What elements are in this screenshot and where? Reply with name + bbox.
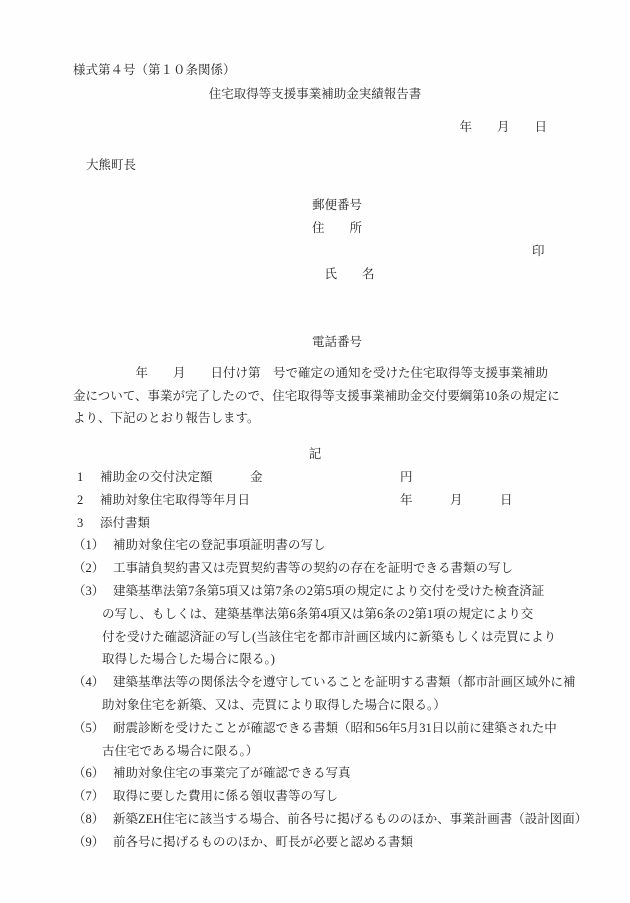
attachment-marker: （9） [73, 831, 104, 854]
attachment-marker: （7） [73, 785, 104, 808]
attachment-item-5: （5） 耐震診断を受けたことが確認できる書類（昭和56年5月31日以前に建築され… [73, 717, 557, 740]
attachment-marker: （1） [73, 534, 104, 557]
item-number: 2 [77, 489, 83, 512]
attachment-marker: （3） [73, 580, 104, 603]
item-text: 添付書類 [100, 516, 150, 530]
attachment-text: 工事請負契約書又は売買契約書等の契約の存在を証明できる書類の写し [113, 561, 513, 575]
phone-label: 電話番号 [73, 331, 557, 354]
attachment-marker: （5） [73, 717, 104, 740]
attachment-text: 建築基準法第7条第5項又は第7条の2第5項の規定により交付を受けた検査済証 [113, 584, 544, 598]
name-row: 氏 名 印 [73, 240, 557, 331]
item-text: 補助金の交付決定額 金 円 [100, 470, 413, 484]
attachment-marker: （8） [73, 808, 104, 831]
name-label: 氏 名 [325, 267, 375, 281]
ki-heading: 記 [73, 443, 557, 466]
postal-label: 郵便番号 [73, 194, 557, 217]
attachment-text: 取得に要した費用に係る領収書等の写し [113, 789, 338, 803]
attachment-text: 建築基準法等の関係法令を遵守していることを証明する書類（都市計画区域外に補 [113, 675, 576, 689]
attachment-text: 耐震診断を受けたことが確認できる書類（昭和56年5月31日以前に建築された中 [113, 721, 557, 735]
numbered-item-2: 2 補助対象住宅取得等年月日 年 月 日 [73, 489, 557, 512]
attachment-line: 付を受けた確認済証の写し(当該住宅を都市計画区域内に新築もしくは売買により [73, 626, 557, 649]
seal-label: 印 [532, 240, 545, 263]
attachment-marker: （4） [73, 671, 104, 694]
body-line: より、下記のとおり報告します。 [73, 407, 557, 430]
attachment-line: の写し、もしくは、建築基準法第6条第4項又は第6条の2第1項の規定により交 [73, 603, 557, 626]
attachment-marker: （2） [73, 557, 104, 580]
item-number: 1 [77, 466, 83, 489]
item-text: 補助対象住宅取得等年月日 年 月 日 [100, 493, 513, 507]
attachment-text: 補助対象住宅の登記事項証明書の写し [113, 538, 326, 552]
attachment-text: 新築ZEH住宅に該当する場合、前各号に掲げるもののほか、事業計画書（設計図面） [113, 812, 587, 826]
attachment-item-7: （7） 取得に要した費用に係る領収書等の写し [73, 785, 557, 808]
attachment-item-6: （6） 補助対象住宅の事業完了が確認できる写真 [73, 762, 557, 785]
attachment-text: 前各号に掲げるもののほか、町長が必要と認める書類 [113, 835, 413, 849]
numbered-item-1: 1 補助金の交付決定額 金 円 [73, 466, 557, 489]
numbered-item-3: 3 添付書類 [73, 512, 557, 535]
body-paragraph: 年 月 日付け第 号で確定の通知を受けた住宅取得等支援事業補助 金について、事業… [73, 362, 557, 430]
body-line: 金について、事業が完了したので、住宅取得等支援事業補助金交付要綱第10条の規定に [73, 385, 557, 408]
attachment-item-8: （8） 新築ZEH住宅に該当する場合、前各号に掲げるもののほか、事業計画書（設計… [73, 808, 557, 831]
attachment-line: 助対象住宅を新築、又は、売買により取得した場合に限る。） [73, 694, 557, 717]
attachment-line: 古住宅である場合に限る。） [73, 740, 557, 763]
page-title: 住宅取得等支援事業補助金実績報告書 [73, 83, 557, 106]
attachment-item-3: （3） 建築基準法第7条第5項又は第7条の2第5項の規定により交付を受けた検査済… [73, 580, 557, 603]
address-label: 住 所 [73, 217, 557, 240]
attachment-marker: （6） [73, 762, 104, 785]
attachment-item-9: （9） 前各号に掲げるもののほか、町長が必要と認める書類 [73, 831, 557, 854]
item-number: 3 [77, 512, 83, 535]
form-number: 様式第４号（第１０条関係） [73, 59, 557, 82]
addressee: 大熊町長 [73, 154, 557, 177]
document-page: 様式第４号（第１０条関係） 住宅取得等支援事業補助金実績報告書 年 月 日 大熊… [0, 0, 630, 903]
attachment-text: 補助対象住宅の事業完了が確認できる写真 [113, 766, 351, 780]
attachment-item-1: （1） 補助対象住宅の登記事項証明書の写し [73, 534, 557, 557]
date-line: 年 月 日 [73, 116, 557, 139]
attachment-item-2: （2） 工事請負契約書又は売買契約書等の契約の存在を証明できる書類の写し [73, 557, 557, 580]
body-line: 年 月 日付け第 号で確定の通知を受けた住宅取得等支援事業補助 [73, 362, 557, 385]
attachment-item-4: （4） 建築基準法等の関係法令を遵守していることを証明する書類（都市計画区域外に… [73, 671, 557, 694]
attachment-line: 取得した場合した場合に限る。) [73, 648, 557, 671]
